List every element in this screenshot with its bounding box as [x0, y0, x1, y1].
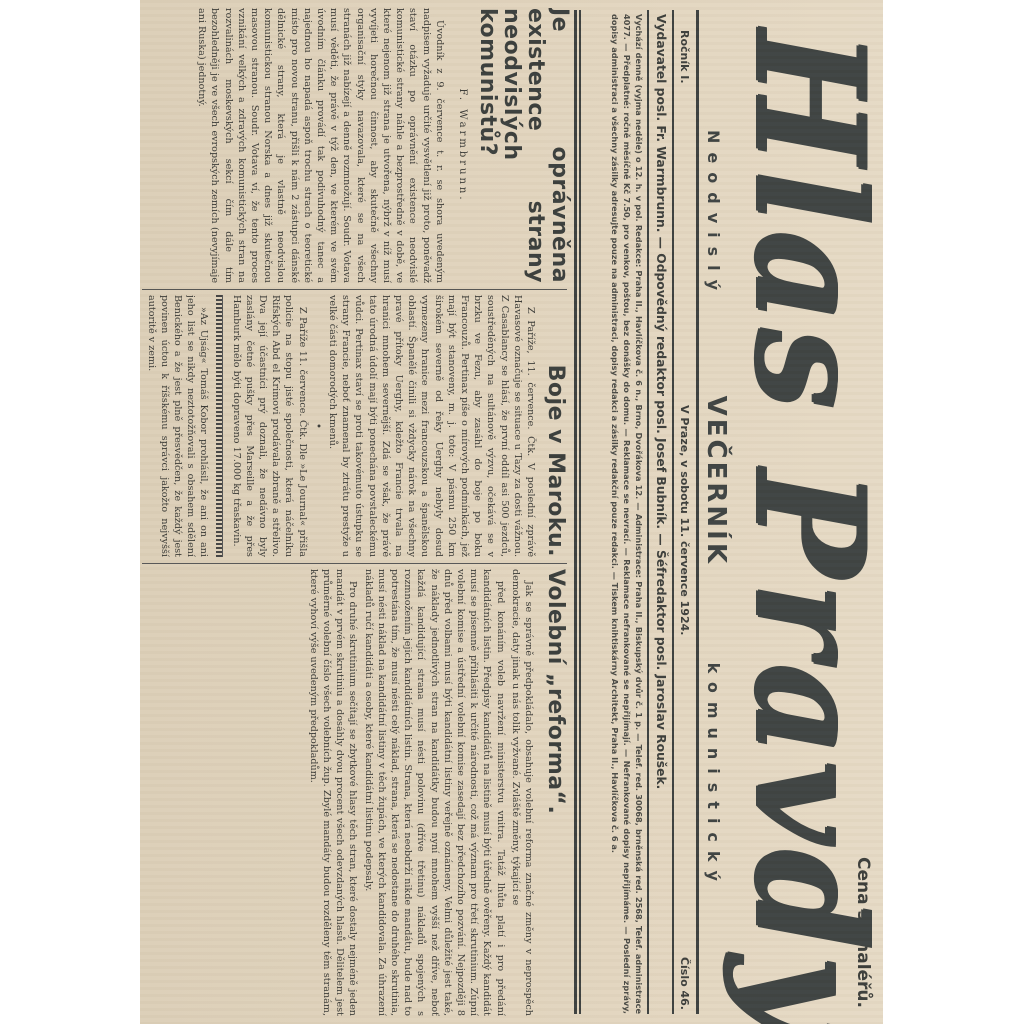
publisher-rule	[647, 10, 649, 1014]
election-reform-paragraph: Pro druhé skrutinium sečítají se zbytkov…	[307, 569, 360, 1016]
column-election-reform: Volební „reforma“. Jak se správně předpo…	[140, 569, 571, 1016]
info-rule-2	[574, 10, 577, 1014]
kobor-paragraph: »Az Ujság« Tomáš Kobor prohlásil, že ani…	[144, 295, 210, 557]
subtitle-center: VEČERNÍK	[701, 396, 731, 566]
subtitle-right: komunistický	[704, 663, 723, 890]
wavy-rule	[216, 295, 223, 557]
election-reform-paragraph: před konáním voleb navržení ministerstvu…	[361, 569, 506, 1016]
maroko-paragraph: Z Paříže, 11. července. Čtk. V poslední …	[326, 295, 537, 557]
editorial-paragraph: Úvodník z 9. července t. r. se shora uve…	[195, 8, 446, 283]
subtitle: Neodvislý VEČERNÍK komunistický	[701, 130, 731, 890]
dateline-bar: Ročník I. V Praze, v sobotu 11. července…	[675, 30, 695, 1010]
column-editorial: Je oprávněna existence strany neodvislýc…	[140, 8, 571, 283]
editorial-headline: Je oprávněna existence strany neodvislýc…	[475, 8, 571, 283]
election-reform-headline: Volební „reforma“.	[543, 569, 567, 1016]
separator-dot: •	[311, 295, 324, 557]
editorial-byline: F. Warmbrunn.	[456, 8, 469, 283]
subtitle-left: Neodvislý	[704, 130, 723, 299]
date-label: V Praze, v sobotu 11. července 1924.	[679, 405, 692, 635]
column-divider	[142, 289, 567, 290]
masthead-rule	[696, 10, 699, 1014]
volume-label: Ročník I.	[679, 30, 692, 84]
maroko-headline: Boje v Maroku.	[543, 295, 567, 557]
newspaper-scan: Cena 30 haléřů. Hlas Pravdy Neodvislý VE…	[140, 0, 883, 1024]
article-columns: Je oprávněna existence strany neodvislýc…	[140, 8, 571, 1016]
newspaper-title: Hlas Pravdy	[735, 30, 883, 980]
maroko-paragraph: Z Paříže 11. července. Čtk. Dle »Le Jour…	[229, 295, 308, 557]
column-middle: Boje v Maroku. Z Paříže, 11. července. Č…	[140, 295, 571, 557]
newspaper-page: Cena 30 haléřů. Hlas Pravdy Neodvislý VE…	[140, 0, 883, 1024]
election-reform-paragraph: Jak se správně předpokládalo, obsahuje v…	[509, 569, 535, 1016]
dateline-rule	[672, 10, 674, 1014]
issue-number: Číslo 46.	[679, 957, 692, 1010]
column-divider	[142, 563, 567, 564]
info-rule-1	[579, 10, 581, 1014]
publisher-line: Vydavatel posl. Fr. Warmbrunn. — Odpověd…	[651, 14, 671, 1014]
info-box: Vychází denně (vyjma neděle) o 12. h. v …	[583, 14, 645, 1014]
